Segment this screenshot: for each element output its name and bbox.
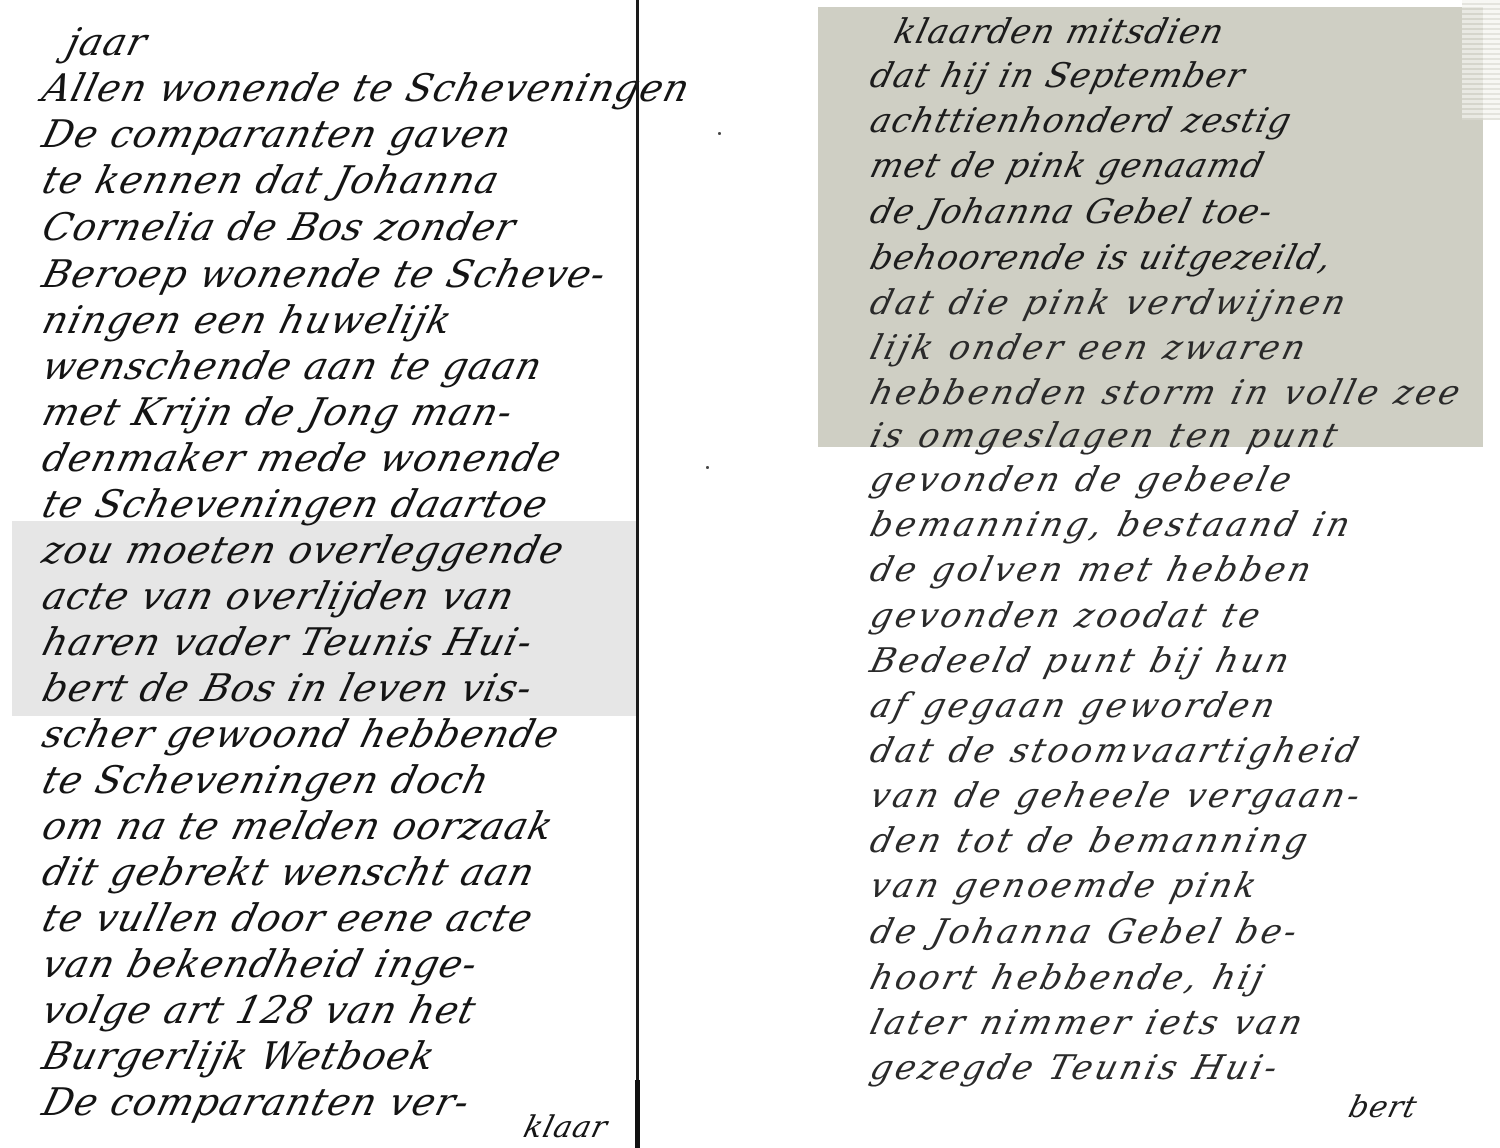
text-line: klaarden mitsdien xyxy=(890,12,1229,52)
text-line: acte van overlijden van xyxy=(38,574,519,618)
text-line: gevonden zoodat te xyxy=(866,596,1267,636)
text-line: De comparanten ver- xyxy=(38,1080,475,1124)
text-line: Burgerlijk Wetboek xyxy=(38,1034,440,1078)
scan-edge-noise xyxy=(1462,0,1500,120)
text-line: zou moeten overleggende xyxy=(38,528,569,572)
text-line: later nimmer iets van xyxy=(866,1003,1310,1043)
text-line: de Johanna Gebel be- xyxy=(866,912,1304,952)
text-line: achttienhonderd zestig xyxy=(866,101,1296,141)
text-line: Bedeeld punt bij hun xyxy=(866,641,1296,681)
page-gutter-line xyxy=(636,0,639,1148)
text-line: dat hij in September xyxy=(866,56,1250,96)
text-line: Beroep wonende te Scheve- xyxy=(38,252,611,296)
text-line: den tot de bemanning xyxy=(866,821,1315,861)
left-page: jaar Allen wonende te Scheveningen De co… xyxy=(0,0,640,1148)
text-line: haren vader Teunis Hui- xyxy=(38,620,538,664)
text-line: jaar xyxy=(62,20,152,64)
text-line: te kennen dat Johanna xyxy=(38,158,504,202)
text-line: bemanning, bestaand in xyxy=(866,505,1357,545)
text-line: dat de stoomvaartigheid xyxy=(866,731,1365,771)
text-line: af gegaan geworden xyxy=(866,686,1282,726)
text-line: van bekendheid inge- xyxy=(38,942,483,986)
text-line: volge art 128 van het xyxy=(38,988,481,1032)
text-line: van de geheele vergaan- xyxy=(866,776,1367,816)
text-line: behoorende is uitgezeild, xyxy=(866,238,1336,278)
text-line: scher gewoond hebbende xyxy=(38,712,564,756)
text-line: te vullen door eene acte xyxy=(38,896,538,940)
text-line: dat die pink verdwijnen xyxy=(866,283,1353,323)
text-line: ningen een huwelijk xyxy=(38,298,457,342)
text-line: de Johanna Gebel toe- xyxy=(866,192,1277,232)
catchword: klaar xyxy=(520,1110,612,1145)
text-line: gezegde Teunis Hui- xyxy=(866,1048,1284,1088)
text-line: Allen wonende te Scheveningen xyxy=(38,66,695,110)
catchword: bert xyxy=(1345,1090,1421,1125)
text-line: hoort hebbende, hij xyxy=(866,958,1271,998)
text-line: de golven met hebben xyxy=(866,550,1318,590)
text-line: wenschende aan te gaan xyxy=(38,344,547,388)
text-line: lijk onder een zwaren xyxy=(866,328,1313,368)
text-line: is omgeslagen ten punt xyxy=(866,416,1345,456)
text-line: om na te melden oorzaak xyxy=(38,804,558,848)
text-line: Cornelia de Bos zonder xyxy=(38,205,521,249)
text-line: De comparanten gaven xyxy=(38,112,516,156)
text-line: met Krijn de Jong man- xyxy=(38,390,518,434)
text-line: dit gebrekt wenscht aan xyxy=(38,850,540,894)
text-line: denmaker mede wonende xyxy=(38,436,567,480)
text-line: te Scheveningen doch xyxy=(38,758,494,802)
text-line: van genoemde pink xyxy=(866,866,1264,906)
text-line: met de pink genaamd xyxy=(866,146,1269,186)
text-line: gevonden de gebeele xyxy=(866,460,1299,500)
text-line: te Scheveningen daartoe xyxy=(38,482,553,526)
text-line: bert de Bos in leven vis- xyxy=(38,666,537,710)
text-line: hebbenden storm in volle zee xyxy=(866,373,1467,413)
